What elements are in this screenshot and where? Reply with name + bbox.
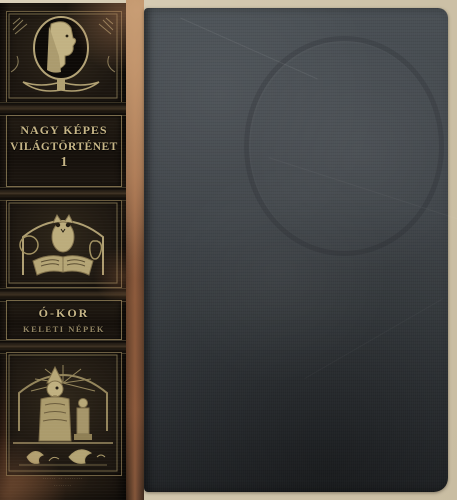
open-book-icon <box>33 256 93 275</box>
title-band: NAGY KÉPES VILÁGTÖRTÉNET 1 <box>6 115 122 187</box>
portrait-panel <box>6 11 122 103</box>
spine-title-line1: NAGY KÉPES <box>7 123 121 138</box>
raised-band <box>0 102 126 116</box>
imprint-text: ∙∙∙∙∙∙ ∙∙ ∙∙∙∙∙∙∙∙ ∙∙∙∙∙∙∙∙ <box>6 476 120 490</box>
subtitle-band: Ó-KOR KELETI NÉPEK <box>6 300 122 340</box>
spine-subtitle-line1: Ó-KOR <box>7 306 121 321</box>
egyptian-panel <box>6 352 122 476</box>
worn-hinge <box>126 0 144 500</box>
blind-stamp-circle <box>244 36 444 256</box>
photo-of-book: NAGY KÉPES VILÁGTÖRTÉNET 1 <box>0 0 457 500</box>
pharaoh-vignette <box>7 353 119 473</box>
amphora-icon <box>90 241 102 259</box>
scratch-mark <box>304 298 443 379</box>
book-front-cover <box>144 8 448 492</box>
winged-ornament-icon <box>23 78 99 91</box>
spine-subtitle-line2: KELETI NÉPEK <box>7 324 121 334</box>
bird-frieze-icon <box>19 450 107 465</box>
imprint-line2: ∙∙∙∙∙∙∙∙ <box>6 483 120 490</box>
raised-band <box>0 187 126 201</box>
owl-panel <box>6 200 122 288</box>
statue-figure-icon <box>74 399 92 441</box>
imprint-line1: ∙∙∙∙∙∙ ∙∙ ∙∙∙∙∙∙∙∙ <box>6 476 120 483</box>
book-spine: NAGY KÉPES VILÁGTÖRTÉNET 1 <box>0 3 126 500</box>
spine-title-line2: VILÁGTÖRTÉNET <box>7 141 121 153</box>
portrait-medallion-vignette <box>7 12 119 100</box>
owl-on-book-vignette <box>7 201 119 285</box>
spine-volume-number: 1 <box>7 155 121 171</box>
